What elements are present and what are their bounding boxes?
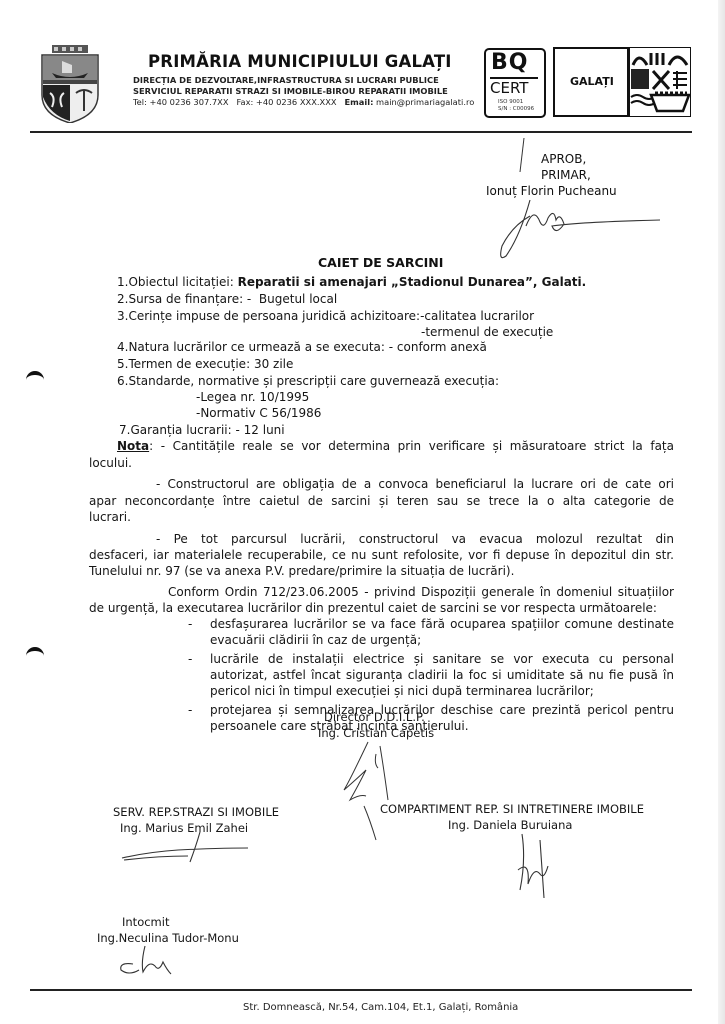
cert-text: CERT: [490, 77, 538, 97]
footer-divider: [30, 989, 692, 991]
item-3-value-2: -termenul de execuție: [421, 325, 553, 339]
item-4-label: 4.Natura lucrărilor ce urmează a se exec…: [117, 340, 385, 354]
ordin-line-1: Conform Ordin 712/23.06.2005 - privind D…: [168, 585, 674, 599]
bullet-1-line-1: desfașurarea lucrărilor se va face fără …: [210, 617, 674, 631]
item-5: 5.Termen de execuție: 30 zile: [117, 357, 293, 371]
iso-text: ISO 9001 S/N : C00096: [498, 99, 534, 113]
compartiment-signature-icon: [510, 830, 570, 900]
bq-cert-logo-icon: BQ CERT ISO 9001 S/N : C00096: [484, 48, 546, 118]
city-logo-box: GALAȚI: [553, 47, 629, 117]
document-title: CAIET DE SARCINI: [318, 255, 443, 270]
city-logo-text: GALAȚI: [570, 75, 614, 88]
directorate-line: DIRECȚIA DE DEZVOLTARE,INFRASTRUCTURA SI…: [133, 75, 439, 85]
fax-label: Fax:: [236, 97, 253, 107]
serv-title: SERV. REP.STRAZI SI IMOBILE: [113, 805, 279, 819]
tel-label: Tel:: [133, 97, 147, 107]
galati-emblem-icon: [629, 47, 691, 117]
moloz-line-1: - Pe tot parcursul lucrării, constructor…: [156, 532, 674, 546]
page-edge: [718, 0, 725, 1024]
bullet-2-line-1: lucrările de instalații electrice și san…: [210, 652, 674, 666]
note-label: Nota: [117, 439, 149, 453]
coat-of-arms-icon: [38, 45, 102, 123]
item-6: 6.Standarde, normative și prescripții ca…: [117, 374, 499, 388]
item-7-label: 7.Garanția lucrarii:: [119, 423, 232, 437]
tel-value: +40 0236 307.7XX: [150, 97, 229, 107]
service-line: SERVICIUL REPARATII STRAZI SI IMOBILE-BI…: [133, 86, 448, 96]
item-1: 1.Obiectul licitației: Reparatii si amen…: [117, 275, 586, 289]
item-1-value: Reparatii si amenajari „Stadionul Dunare…: [238, 275, 587, 289]
bq-text: BQ: [491, 50, 528, 75]
iso-number: ISO 9001: [498, 99, 523, 105]
serv-signature-icon: [118, 830, 258, 864]
document-page: PRIMĂRIA MUNICIPIULUI GALAȚI DIRECȚIA DE…: [0, 0, 725, 1024]
email-label: Email:: [344, 97, 373, 107]
bullet-dash: -: [188, 703, 192, 717]
fax-value: +40 0236 XXX.XXX: [256, 97, 337, 107]
email-value[interactable]: main@primariagalati.ro: [376, 97, 474, 107]
item-3: 3.Cerințe impuse de persoana juridică ac…: [117, 309, 534, 323]
bullet-1-line-2: evacuării clădirii în caz de urgență;: [210, 633, 421, 647]
approval-mark-icon: [518, 136, 528, 176]
punch-hole: [26, 647, 44, 661]
item-5-value: 30 zile: [254, 357, 293, 371]
bullet-2-line-3: pericol nici în timpul execuției și nici…: [210, 684, 594, 698]
intocmit-title: Intocmit: [122, 915, 169, 929]
director-name: Ing. Cristian Capetis: [318, 726, 434, 740]
footer-address: Str. Domnească, Nr.54, Cam.104, Et.1, Ga…: [243, 1002, 518, 1013]
constructor-line-3: lucrari.: [89, 510, 131, 524]
note-line-1: Nota: - Cantitățile reale se vor determi…: [117, 439, 674, 453]
item-3-label: 3.Cerințe impuse de persoana juridică ac…: [117, 309, 420, 323]
constructor-line-1: - Constructorul are obligația de a convo…: [156, 477, 674, 491]
item-5-label: 5.Termen de execuție:: [117, 357, 250, 371]
item-2-label: 2.Sursa de finanțare: -: [117, 292, 251, 306]
item-2: 2.Sursa de finanțare: - Bugetul local: [117, 292, 337, 306]
item-6-sub-1: -Legea nr. 10/1995: [196, 390, 309, 404]
approval-label: APROB,: [541, 152, 586, 166]
director-title: Director D.D.I.L.P.: [324, 710, 425, 724]
note-text: : - Cantitățile reale se vor determina p…: [149, 439, 674, 453]
director-signature-icon: [340, 740, 400, 840]
moloz-line-2: desfaceri, iar materialele recuperabile,…: [89, 548, 674, 562]
bullet-dash: -: [188, 617, 192, 631]
ordin-line-2: de urgență, la executarea lucrărilor din…: [89, 601, 657, 615]
note-line-2: locului.: [89, 456, 132, 470]
intocmit-signature-icon: [115, 942, 185, 978]
header-divider: [30, 131, 692, 133]
bullet-3-line-1: protejarea și semnalizarea lucrărilor de…: [210, 703, 674, 717]
item-7-value: - 12 luni: [236, 423, 285, 437]
mayor-signature-icon: [490, 196, 670, 266]
bullet-dash: -: [188, 652, 192, 666]
item-1-label: 1.Obiectul licitației:: [117, 275, 234, 289]
item-7: 7.Garanția lucrarii: - 12 luni: [119, 423, 285, 437]
item-3-value-1: -calitatea lucrarilor: [420, 309, 534, 323]
contact-line: Tel: +40 0236 307.7XX Fax: +40 0236 XXX.…: [133, 97, 474, 107]
approval-role: PRIMAR,: [541, 168, 591, 182]
institution-title: PRIMĂRIA MUNICIPIULUI GALAȚI: [148, 52, 452, 71]
punch-hole: [26, 371, 44, 385]
item-4: 4.Natura lucrărilor ce urmează a se exec…: [117, 340, 487, 354]
item-4-value: - conform anexă: [389, 340, 487, 354]
compartiment-title: COMPARTIMENT REP. SI INTRETINERE IMOBILE: [380, 802, 644, 816]
iso-serial: S/N : C00096: [498, 106, 534, 112]
bullet-2-line-2: autorizat, astfel încat siguranța cladir…: [210, 668, 674, 682]
moloz-line-3: Tunelului nr. 97 (se va anexa P.V. preda…: [89, 564, 514, 578]
item-2-value: Bugetul local: [259, 292, 337, 306]
constructor-line-2: apar neconcordanțe între caietul de sarc…: [89, 494, 674, 508]
item-6-sub-2: -Normativ C 56/1986: [196, 406, 321, 420]
